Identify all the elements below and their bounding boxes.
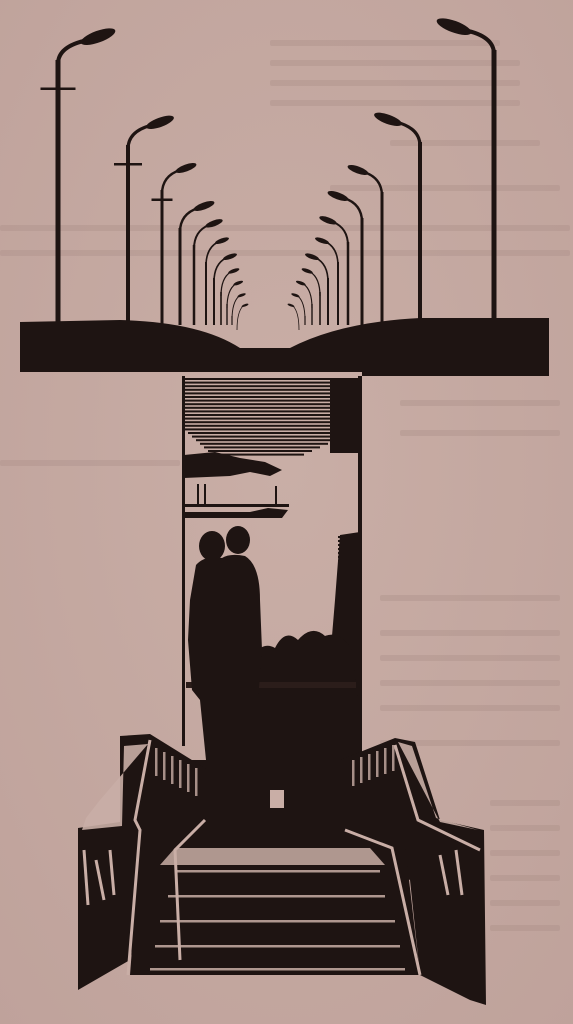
linocut-illustration xyxy=(0,0,573,1024)
